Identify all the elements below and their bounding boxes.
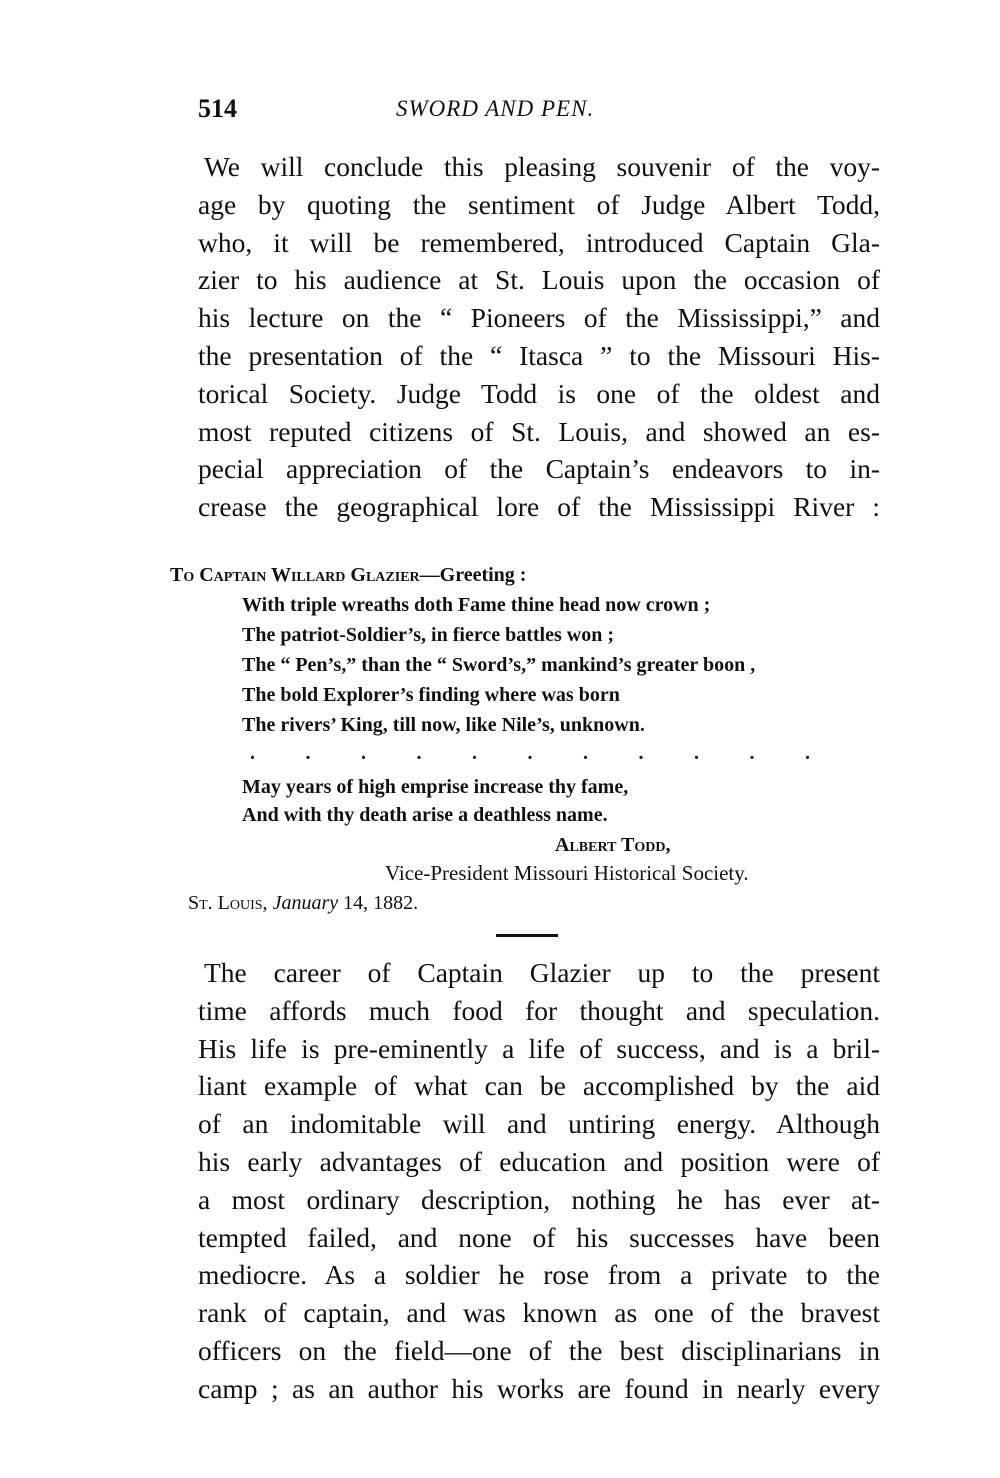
signature-title: Vice-President Missouri Historical Socie… [385, 858, 749, 888]
ellipsis-dot: . [472, 738, 477, 768]
ellipsis-dot: . [528, 738, 533, 768]
text-line: age by quoting the sentiment of Judge Al… [198, 186, 880, 224]
verse-line: The rivers’ King, till now, like Nile’s,… [242, 710, 645, 740]
text-line: time affords much food for thought and s… [198, 992, 880, 1030]
text-line: The career of Captain Glazier up to the … [198, 954, 880, 992]
text-line: officers on the field—one of the best di… [198, 1332, 880, 1370]
verse-line: With triple wreaths doth Fame thine head… [242, 590, 710, 620]
text-line: mediocre. As a soldier he rose from a pr… [198, 1256, 880, 1294]
running-head: SWORD AND PEN. [396, 96, 594, 122]
text-line: the presentation of the “ Itasca ” to th… [198, 337, 880, 375]
text-line: zier to his audience at St. Louis upon t… [198, 261, 880, 299]
text-line: We will conclude this pleasing souvenir … [198, 148, 880, 186]
ellipsis-dot: . [639, 738, 644, 768]
text-line: his lecture on the “ Pioneers of the Mis… [198, 299, 880, 337]
ellipsis-dot: . [805, 738, 810, 768]
ellipsis-dot: . [583, 738, 588, 768]
ellipsis-row: . . . . . . . . . . . [250, 738, 810, 768]
text-line: torical Society. Judge Todd is one of th… [198, 375, 880, 413]
ellipsis-dot: . [417, 738, 422, 768]
ellipsis-dot: . [361, 738, 366, 768]
ellipsis-dot: . [750, 738, 755, 768]
text-line: camp ; as an author his works are found … [198, 1370, 880, 1408]
text-line: of an indomitable will and untiring ener… [198, 1105, 880, 1143]
section-divider [496, 934, 558, 937]
text-line: tempted failed, and none of his successe… [198, 1219, 880, 1257]
verse-line: The “ Pen’s,” than the “ Sword’s,” manki… [242, 650, 755, 680]
text-line: who, it will be remembered, introduced C… [198, 224, 880, 262]
letter-salutation: To Captain Willard Glazier—Greeting : [170, 560, 526, 590]
page-number: 514 [198, 94, 237, 124]
signature-name: Albert Todd, [555, 830, 671, 860]
dateline-rest: 14, 1882. [343, 892, 418, 914]
text-line: rank of captain, and was known as one of… [198, 1294, 880, 1332]
dateline-month: January [273, 892, 339, 914]
text-line: his early advantages of education and po… [198, 1143, 880, 1181]
ellipsis-dot: . [250, 738, 255, 768]
text-line: a most ordinary description, nothing he … [198, 1181, 880, 1219]
verse-line: The bold Explorer’s finding where was bo… [242, 680, 620, 710]
text-line: His life is pre-eminently a life of succ… [198, 1030, 880, 1068]
text-line: most reputed citizens of St. Louis, and … [198, 413, 880, 451]
text-line: pecial appreciation of the Captain’s end… [198, 450, 880, 488]
dateline: St. Louis, January 14, 1882. [188, 888, 418, 918]
salutation-suffix: —Greeting : [420, 564, 527, 586]
page-header: 514 SWORD AND PEN. [198, 94, 878, 128]
ellipsis-dot: . [306, 738, 311, 768]
book-page: 514 SWORD AND PEN. We will conclude this… [0, 0, 1000, 1478]
ellipsis-dot: . [694, 738, 699, 768]
verse-line: And with thy death arise a deathless nam… [242, 800, 608, 830]
text-line: crease the geographical lore of the Miss… [198, 488, 880, 526]
verse-line: May years of high emprise increase thy f… [242, 772, 628, 802]
paragraph-career: The career of Captain Glazier up to the … [198, 954, 880, 1408]
dateline-place: St. Louis, [188, 892, 268, 914]
text-line: liant example of what can be accomplishe… [198, 1067, 880, 1105]
verse-line: The patriot-Soldier’s, in fierce battles… [242, 620, 614, 650]
salutation-name: To Captain Willard Glazier [170, 564, 420, 586]
paragraph-intro: We will conclude this pleasing souvenir … [198, 148, 880, 526]
